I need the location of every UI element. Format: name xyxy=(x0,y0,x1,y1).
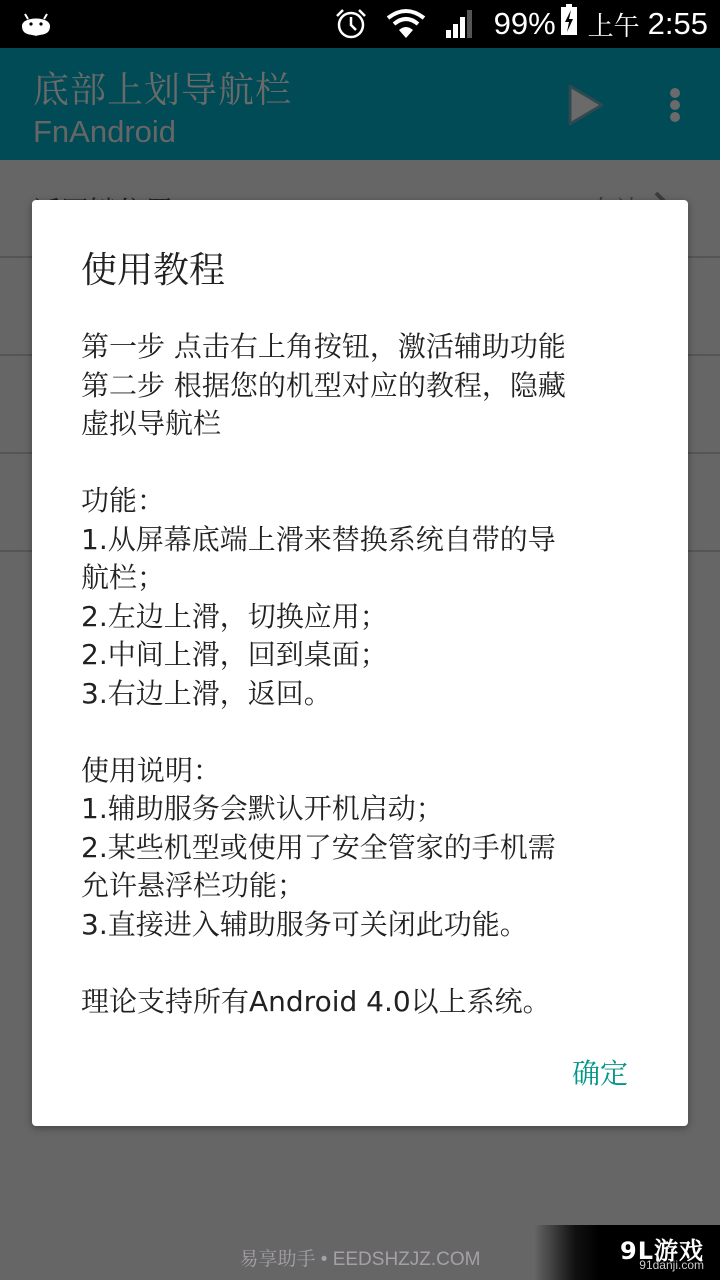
dialog-line: 使用说明： xyxy=(81,752,651,791)
battery-charging-icon xyxy=(560,4,578,44)
dialog-line: 1.辅助服务会默认开机启动； xyxy=(81,790,651,829)
dialog-body: 第一步 点击右上角按钮，激活辅助功能 第二步 根据您的机型对应的教程，隐藏 虚拟… xyxy=(81,328,651,1021)
dialog-line: 2.中间上滑，回到桌面； xyxy=(81,636,651,675)
dialog-line: 功能： xyxy=(81,482,651,521)
watermark-site: 91danji.com xyxy=(639,1258,704,1272)
play-button[interactable] xyxy=(560,80,610,130)
watermark-logo: 9L游戏 91danji.com xyxy=(534,1225,720,1280)
more-options-button[interactable] xyxy=(660,80,690,130)
signal-icon xyxy=(444,8,476,40)
am-pm-label: 上午 xyxy=(588,6,640,43)
dialog-line: 3.右边上滑，返回。 xyxy=(81,675,651,714)
tutorial-dialog: 使用教程 第一步 点击右上角按钮，激活辅助功能 第二步 根据您的机型对应的教程，… xyxy=(32,200,688,1126)
dialog-line xyxy=(81,713,651,752)
app-title: 底部上划导航栏 xyxy=(33,62,292,113)
dialog-line: 航栏； xyxy=(81,559,651,598)
dialog-line: 1.从屏幕底端上滑来替换系统自带的导 xyxy=(81,521,651,560)
dialog-line: 2.左边上滑，切换应用； xyxy=(81,598,651,637)
app-subtitle: FnAndroid xyxy=(33,114,176,150)
play-icon xyxy=(560,80,610,130)
dialog-line: 理论支持所有Android 4.0以上系统。 xyxy=(81,983,651,1022)
dialog-line: 第一步 点击右上角按钮，激活辅助功能 xyxy=(81,328,651,367)
dialog-line: 第二步 根据您的机型对应的教程，隐藏 xyxy=(81,367,651,406)
dialog-line: 3.直接进入辅助服务可关闭此功能。 xyxy=(81,906,651,945)
dialog-line: 2.某些机型或使用了安全管家的手机需 xyxy=(81,829,651,868)
status-bar: 99% 上午 2:55 xyxy=(0,0,720,48)
more-vert-icon xyxy=(660,80,690,130)
dialog-line xyxy=(81,944,651,983)
clock-time: 2:55 xyxy=(648,6,708,42)
alarm-icon xyxy=(334,7,368,41)
wifi-icon xyxy=(386,8,426,40)
ok-button[interactable]: 确定 xyxy=(572,1052,628,1092)
app-bar: 底部上划导航栏 FnAndroid xyxy=(0,48,720,160)
dialog-title: 使用教程 xyxy=(81,242,225,293)
dialog-line: 虚拟导航栏 xyxy=(81,405,651,444)
dialog-line xyxy=(81,444,651,483)
android-notification-icon xyxy=(18,10,54,42)
battery-percent: 99% xyxy=(494,6,556,42)
dialog-line: 允许悬浮栏功能； xyxy=(81,867,651,906)
